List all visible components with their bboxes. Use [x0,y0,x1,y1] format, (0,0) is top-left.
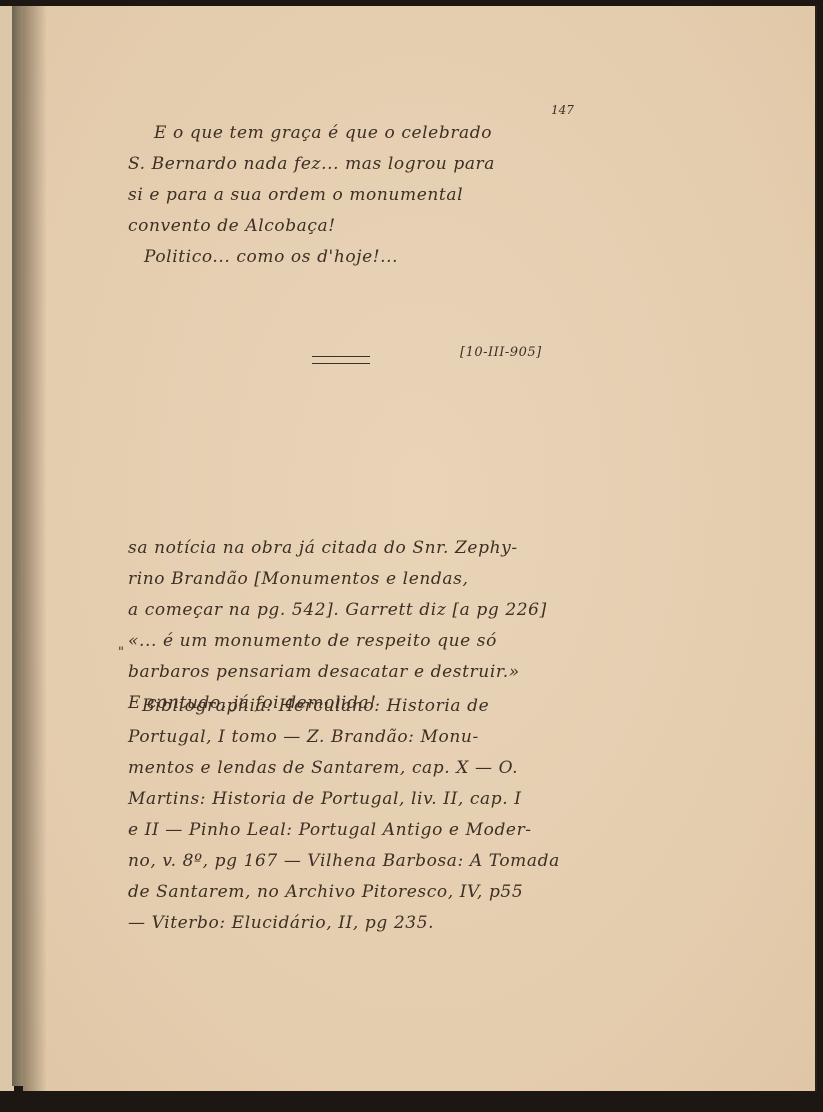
bibliography-line: Martins: Historia de Portugal, liv. II, … [128,784,560,815]
date-stamp: [10-III-905] [460,345,542,360]
text-line: si e para a sua ordem o monumental [128,180,495,211]
bibliography-line: no, v. 8º, pg 167 — Vilhena Barbosa: A T… [128,846,560,877]
double-rule-separator [312,356,370,364]
quote-mark: " [118,645,124,660]
text-fragment: rino Brandão [Monumentos e lendas, [128,569,468,589]
text-line: S. Bernardo nada fez... mas logrou para [128,149,495,180]
top-paragraph: E o que tem graça é que o celebrado S. B… [128,118,495,273]
bibliography-line: — Viterbo: Elucidário, II, pg 235. [128,908,560,939]
text-line: Politico... como os d'hoje!... [128,242,495,273]
text-line: E o que tem graça é que o celebrado [128,118,495,149]
text-line: barbaros pensariam desacatar e destruir.… [128,657,547,688]
bibliography-line: Bibliographia: Herculano: Historia de [128,691,560,722]
page-number: 147 [551,103,574,117]
bibliography-line: de Santarem, no Archivo Pitoresco, IV, p… [128,877,560,908]
text-line: rino Brandão [Monumentos e lendas, [128,564,547,595]
text-line: sa notícia na obra já citada do Snr. Zep… [128,533,547,564]
manuscript-scan: 147 E o que tem graça é que o celebrado … [0,0,823,1112]
page-shadow [23,6,47,1091]
text-line: «... é um monumento de respeito que só [128,626,547,657]
text-line: a começar na pg. 542]. Garrett diz [a pg… [128,595,547,626]
bibliography-line: mentos e lendas de Santarem, cap. X — O. [128,753,560,784]
bibliography: Bibliographia: Herculano: Historia de Po… [128,691,560,939]
text-line: convento de Alcobaça! [128,211,495,242]
bibliography-line: Portugal, I tomo — Z. Brandão: Monu- [128,722,560,753]
bibliography-line: e II — Pinho Leal: Portugal Antigo e Mod… [128,815,560,846]
